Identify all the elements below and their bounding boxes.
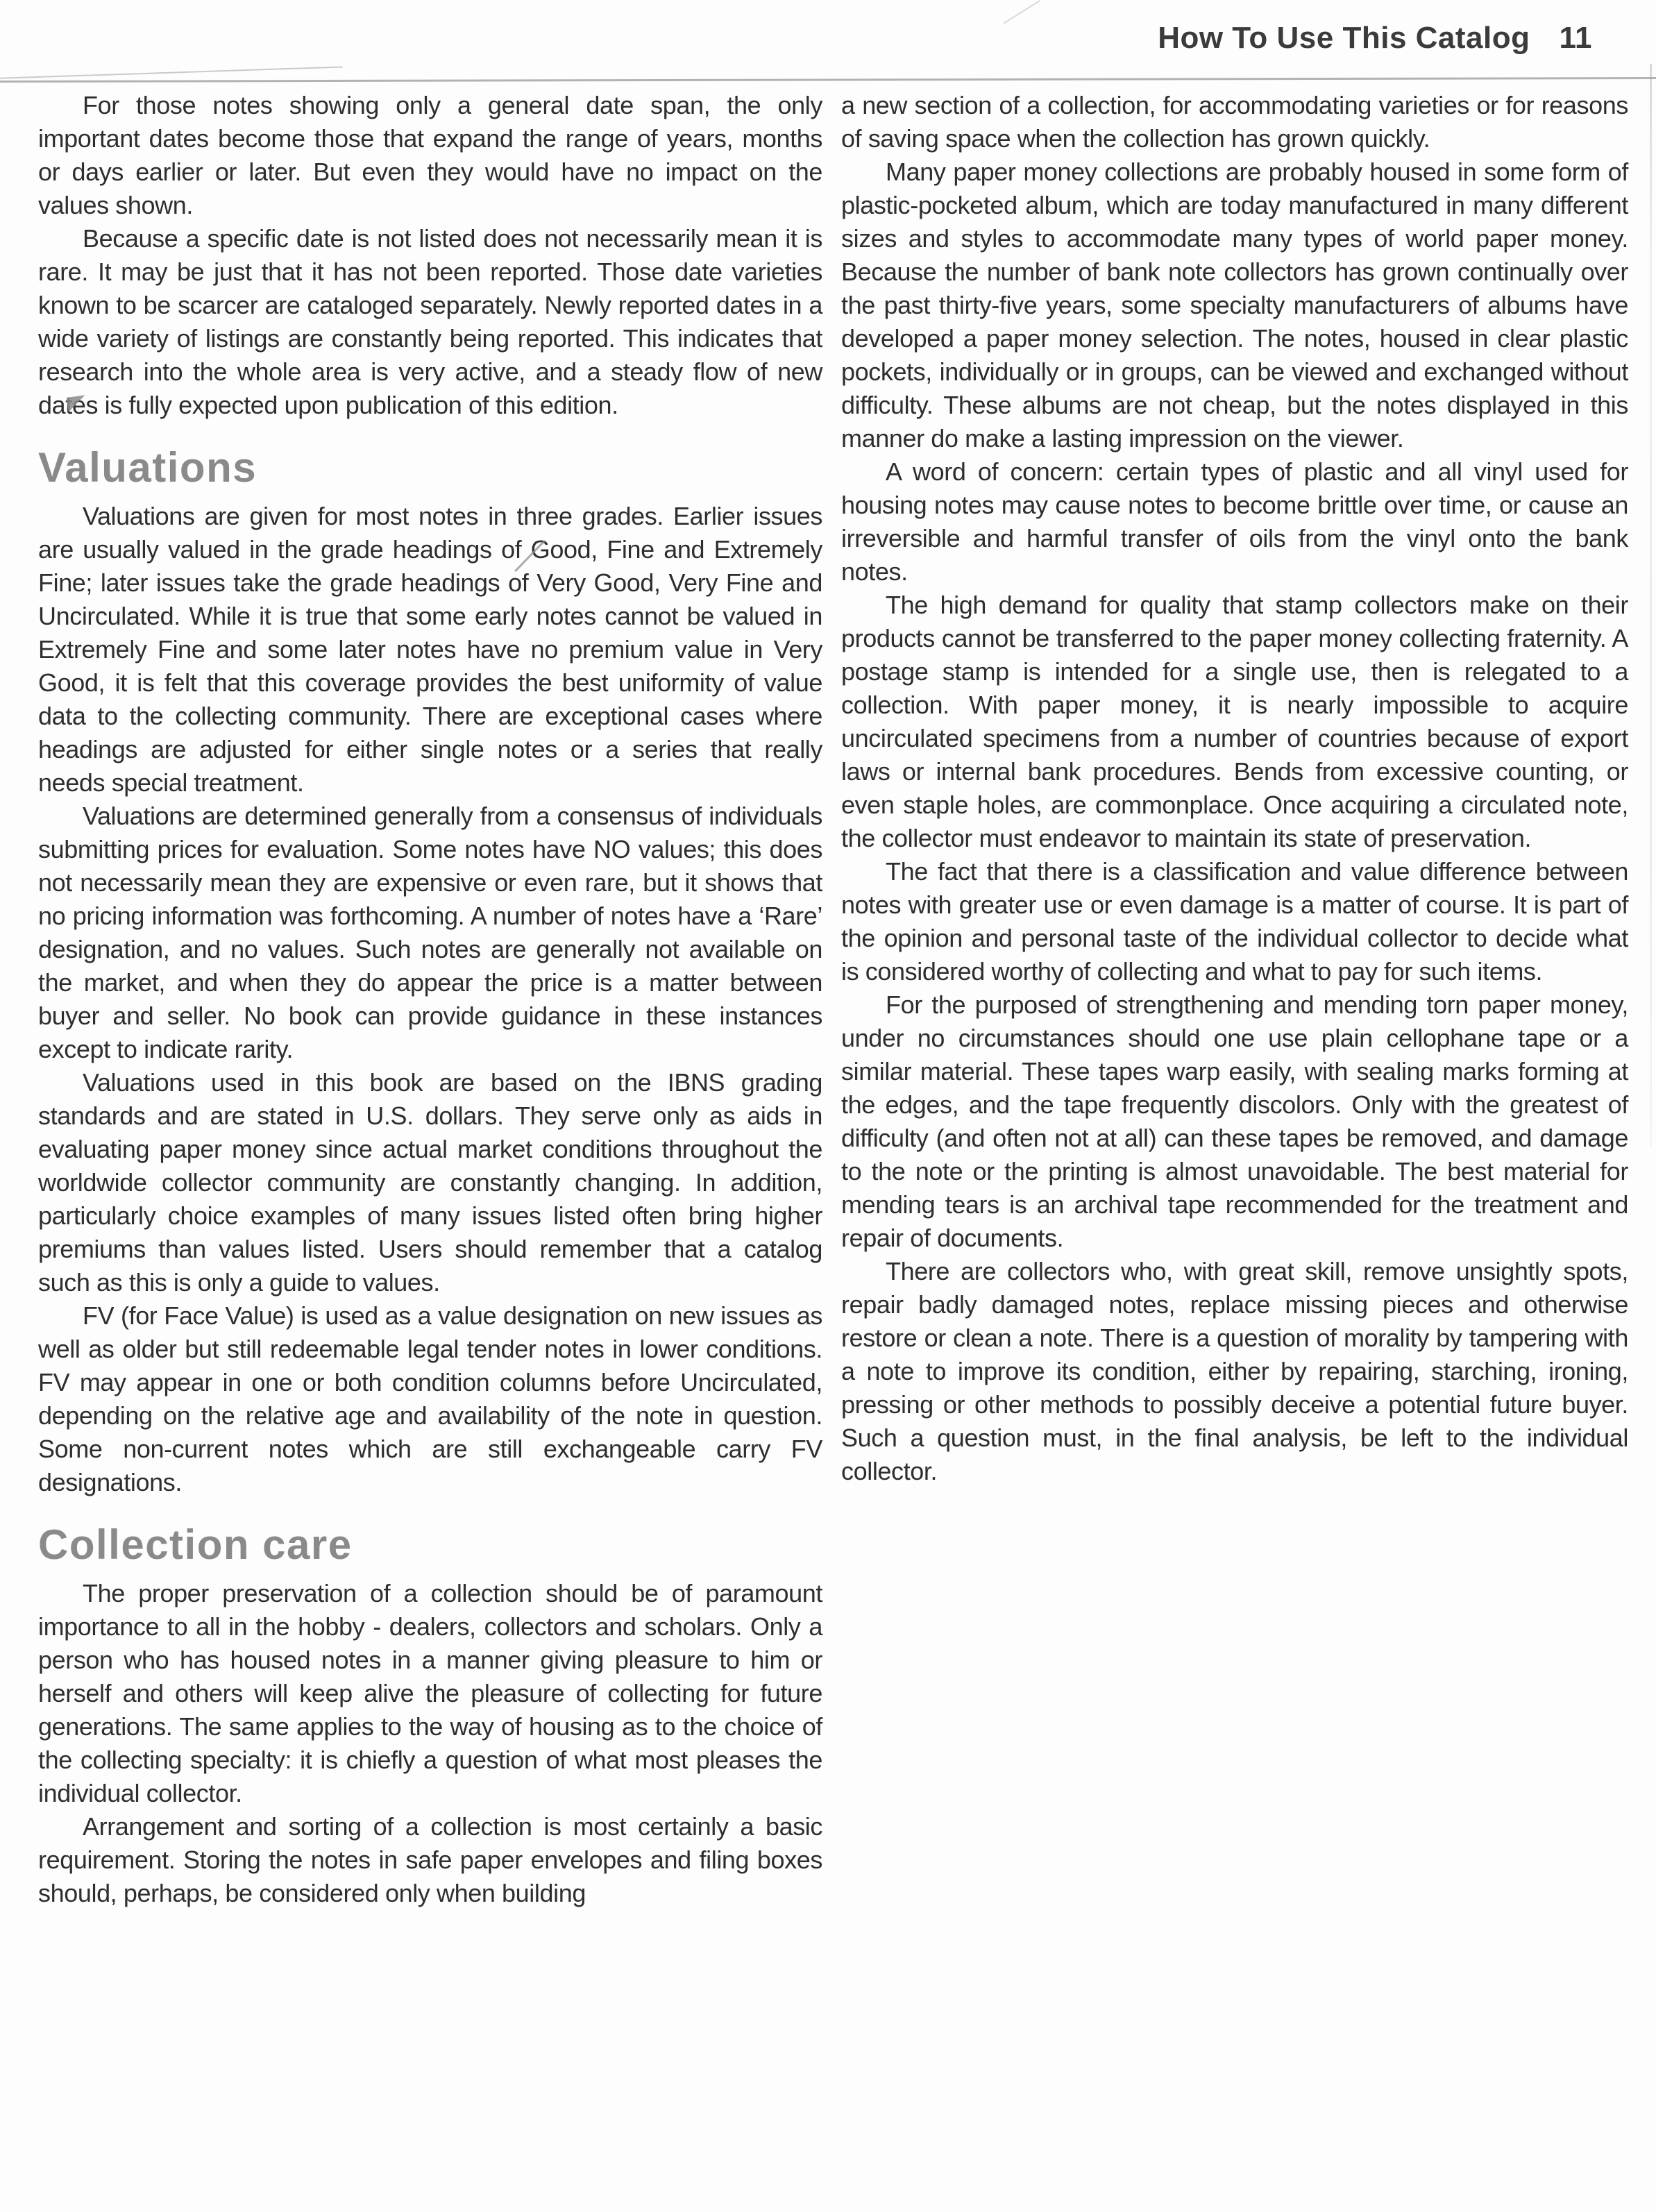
- right-column: a new section of a collection, for accom…: [841, 89, 1628, 1488]
- scan-curl-artifact: [0, 66, 343, 79]
- scan-corner-artifact: [1003, 0, 1040, 24]
- section-heading-collection-care: Collection care: [38, 1523, 822, 1567]
- scan-edge-artifact: [1650, 64, 1652, 1147]
- paragraph: Because a specific date is not listed do…: [38, 222, 822, 422]
- paragraph: FV (for Face Value) is used as a value d…: [38, 1299, 822, 1499]
- paragraph: The fact that there is a classification …: [841, 855, 1628, 988]
- header-rule: [0, 77, 1656, 83]
- left-column: For those notes showing only a general d…: [38, 89, 822, 1910]
- paragraph: There are collectors who, with great ski…: [841, 1255, 1628, 1488]
- paragraph: a new section of a collection, for accom…: [841, 89, 1628, 155]
- paragraph: Many paper money collections are probabl…: [841, 155, 1628, 455]
- paragraph: Valuations used in this book are based o…: [38, 1066, 822, 1299]
- paragraph: For those notes showing only a general d…: [38, 89, 822, 222]
- paragraph: A word of concern: certain types of plas…: [841, 455, 1628, 589]
- page-header: How To Use This Catalog 11: [1158, 21, 1592, 56]
- margin-wedge-artifact: [67, 395, 87, 412]
- paragraph: Arrangement and sorting of a collection …: [38, 1810, 822, 1910]
- section-heading-valuations: Valuations: [38, 446, 822, 490]
- paragraph: The proper preservation of a collection …: [38, 1577, 822, 1810]
- running-title: How To Use This Catalog: [1158, 21, 1530, 56]
- paragraph: The high demand for quality that stamp c…: [841, 589, 1628, 855]
- page-number: 11: [1559, 21, 1592, 56]
- paragraph: Valuations are determined generally from…: [38, 800, 822, 1066]
- paragraph: For the purposed of strengthening and me…: [841, 988, 1628, 1255]
- catalog-page: How To Use This Catalog 11 For those not…: [0, 0, 1656, 2212]
- paragraph: Valuations are given for most notes in t…: [38, 500, 822, 800]
